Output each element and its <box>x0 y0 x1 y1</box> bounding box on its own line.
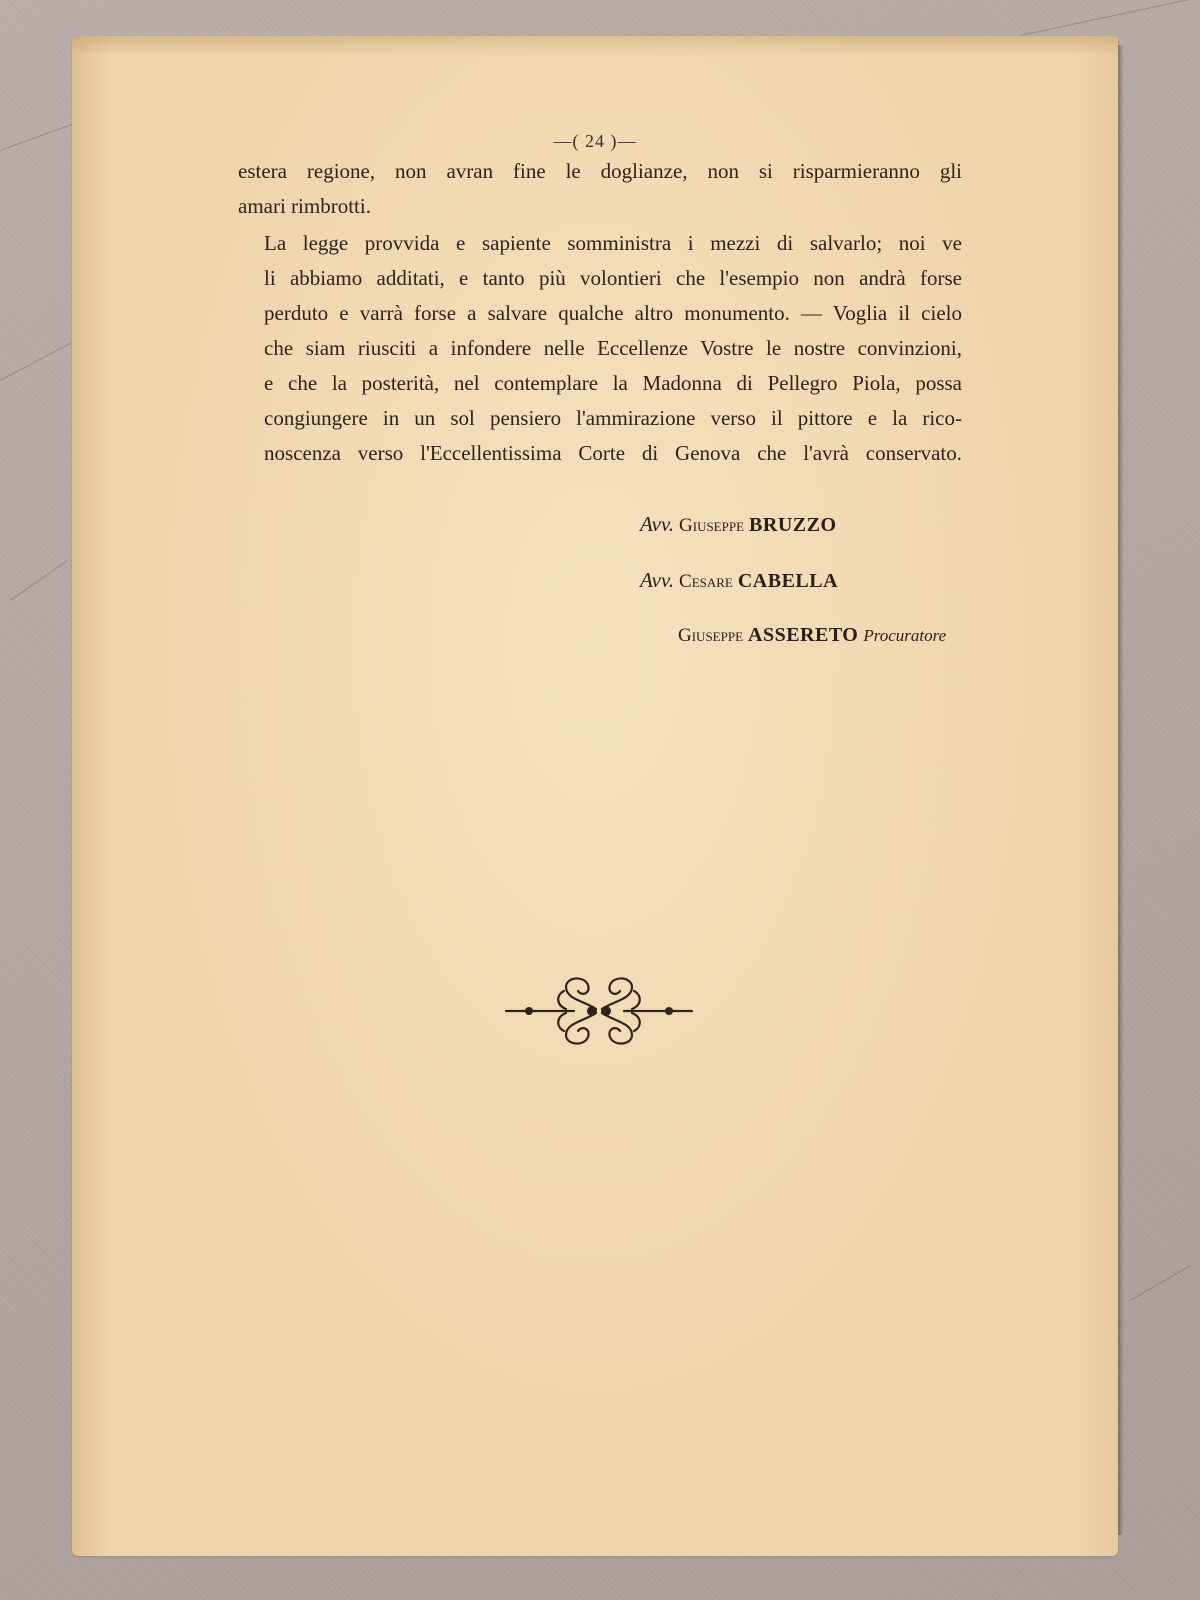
paragraph-1: estera regione, non avran fine le doglia… <box>238 154 962 224</box>
signature-assereto: Giuseppe ASSERETO Procuratore <box>678 624 946 647</box>
signature-surname: BRUZZO <box>749 514 836 536</box>
background-scratch <box>0 342 71 380</box>
signature-surname: ASSERETO <box>748 624 858 646</box>
signature-bruzzo: Avv. Giuseppe BRUZZO <box>640 512 837 537</box>
signature-surname: CABELLA <box>738 570 838 592</box>
document-page: —( 24 )— estera regione, non avran fine … <box>72 36 1118 1556</box>
signature-title: Avv. <box>640 568 674 592</box>
signature-title: Avv. <box>640 512 674 536</box>
background-scratch <box>10 560 68 601</box>
text-line: li abbiamo additati, e tanto più volonti… <box>238 261 962 296</box>
show-through-text <box>238 496 978 1246</box>
text-line: noscenza verso l'Eccellentissima Corte d… <box>238 436 962 471</box>
background-scratch <box>1020 0 1200 36</box>
page-number: —( 24 )— <box>72 131 1118 152</box>
signature-first-name: Giuseppe <box>678 625 743 646</box>
text-line: perduto e varrà forse a salvare qualche … <box>238 296 962 331</box>
signature-first-name: Cesare <box>679 571 733 592</box>
text-line: estera regione, non avran fine le doglia… <box>238 154 962 189</box>
text-line: e che la posterità, nel contemplare la M… <box>238 366 962 401</box>
paragraph-2: La legge provvida e sapiente somministra… <box>238 226 962 471</box>
fleuron-ornament-icon <box>504 971 694 1051</box>
body-text: estera regione, non avran fine le doglia… <box>238 154 962 471</box>
signature-cabella: Avv. Cesare CABELLA <box>640 568 838 593</box>
signature-first-name: Giuseppe <box>679 515 744 536</box>
text-line: La legge provvida e sapiente somministra… <box>238 226 962 261</box>
text-line: amari rimbrotti. <box>238 189 962 224</box>
text-line: congiungere in un sol pensiero l'ammiraz… <box>238 401 962 436</box>
background-scratch <box>1130 1265 1191 1301</box>
signature-role: Procuratore <box>863 626 946 645</box>
text-line: che siam riusciti a infondere nelle Ecce… <box>238 331 962 366</box>
